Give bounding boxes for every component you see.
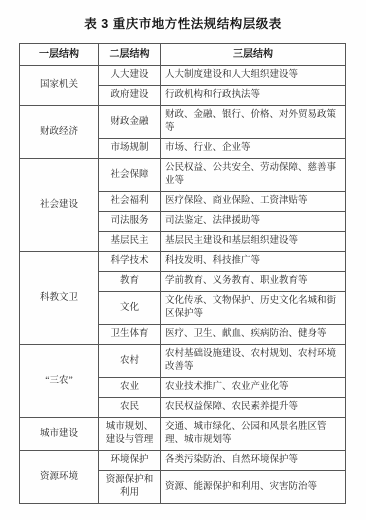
header-row: 一层结构 二层结构 三层结构 <box>20 44 346 66</box>
level2-cell: 社会福利 <box>99 192 161 212</box>
level3-cell: 医疗、卫生、献血、疾病防治、健身等 <box>161 325 346 345</box>
table-title: 表 3 重庆市地方性法规结构层级表 <box>10 14 356 32</box>
level3-cell: 人大制度建设和人大组织建设等 <box>161 66 346 86</box>
level1-cell: 科教文卫 <box>20 252 99 345</box>
level2-cell: 社会保障 <box>99 159 161 192</box>
level1-cell: 社会建设 <box>20 159 99 252</box>
table-row: 资源环境环境保护各类污染防治、自然环境保护等 <box>20 451 346 471</box>
level3-cell: 农村基础设施建设、农村规划、农村环境改善等 <box>161 345 346 378</box>
table-body: 国家机关人大建设人大制度建设和人大组织建设等政府建设行政机构和行政执法等财政经济… <box>20 66 346 504</box>
level3-cell: 市场、行业、企业等 <box>161 139 346 159</box>
level2-cell: 农业 <box>99 378 161 398</box>
level3-cell: 财政、金融、银行、价格、对外贸易政策等 <box>161 106 346 139</box>
table-row: 城市建设城市规划、建设与管理交通、城市绿化、公园和风景名胜区管理、城市规划等 <box>20 418 346 451</box>
level3-cell: 科技发明、科技推广等 <box>161 252 346 272</box>
table-row: 国家机关人大建设人大制度建设和人大组织建设等 <box>20 66 346 86</box>
level2-cell: 科学技术 <box>99 252 161 272</box>
level2-cell: 市场规制 <box>99 139 161 159</box>
level2-cell: 财政金融 <box>99 106 161 139</box>
level2-cell: 资源保护和利用 <box>99 471 161 504</box>
level2-cell: 农民 <box>99 398 161 418</box>
level3-cell: 农民权益保障、农民素养提升等 <box>161 398 346 418</box>
level2-cell: 教育 <box>99 272 161 292</box>
header-cell-level1: 一层结构 <box>20 44 99 66</box>
table-row: 社会建设社会保障公民权益、公共安全、劳动保障、慈善事业等 <box>20 159 346 192</box>
level3-cell: 学前教育、义务教育、职业教育等 <box>161 272 346 292</box>
level2-cell: 文化 <box>99 292 161 325</box>
level3-cell: 基层民主建设和基层组织建设等 <box>161 232 346 252</box>
header-cell-level2: 二层结构 <box>99 44 161 66</box>
level3-cell: 农业技术推广、农业产业化等 <box>161 378 346 398</box>
header-cell-level3: 三层结构 <box>161 44 346 66</box>
level3-cell: 行政机构和行政执法等 <box>161 86 346 106</box>
level3-cell: 公民权益、公共安全、劳动保障、慈善事业等 <box>161 159 346 192</box>
level2-cell: 人大建设 <box>99 66 161 86</box>
level3-cell: 司法鉴定、法律援助等 <box>161 212 346 232</box>
level2-cell: 环境保护 <box>99 451 161 471</box>
table-row: 财政经济财政金融财政、金融、银行、价格、对外贸易政策等 <box>20 106 346 139</box>
table-row: “三农”农村农村基础设施建设、农村规划、农村环境改善等 <box>20 345 346 378</box>
level1-cell: 资源环境 <box>20 451 99 504</box>
level3-cell: 交通、城市绿化、公园和风景名胜区管理、城市规划等 <box>161 418 346 451</box>
level3-cell: 医疗保险、商业保险、工资津贴等 <box>161 192 346 212</box>
level2-cell: 司法服务 <box>99 212 161 232</box>
level3-cell: 各类污染防治、自然环境保护等 <box>161 451 346 471</box>
level2-cell: 基层民主 <box>99 232 161 252</box>
level2-cell: 城市规划、建设与管理 <box>99 418 161 451</box>
level1-cell: “三农” <box>20 345 99 418</box>
regulations-table: 一层结构 二层结构 三层结构 国家机关人大建设人大制度建设和人大组织建设等政府建… <box>19 43 346 504</box>
level1-cell: 财政经济 <box>20 106 99 159</box>
level2-cell: 政府建设 <box>99 86 161 106</box>
level2-cell: 农村 <box>99 345 161 378</box>
level2-cell: 卫生体育 <box>99 325 161 345</box>
level1-cell: 城市建设 <box>20 418 99 451</box>
level3-cell: 资源、能源保护和利用、灾害防治等 <box>161 471 346 504</box>
table-row: 科教文卫科学技术科技发明、科技推广等 <box>20 252 346 272</box>
level3-cell: 文化传承、文物保护、历史文化名城和街区保护等 <box>161 292 346 325</box>
document-page: 表 3 重庆市地方性法规结构层级表 一层结构 二层结构 三层结构 国家机关人大建… <box>0 0 366 520</box>
level1-cell: 国家机关 <box>20 66 99 106</box>
